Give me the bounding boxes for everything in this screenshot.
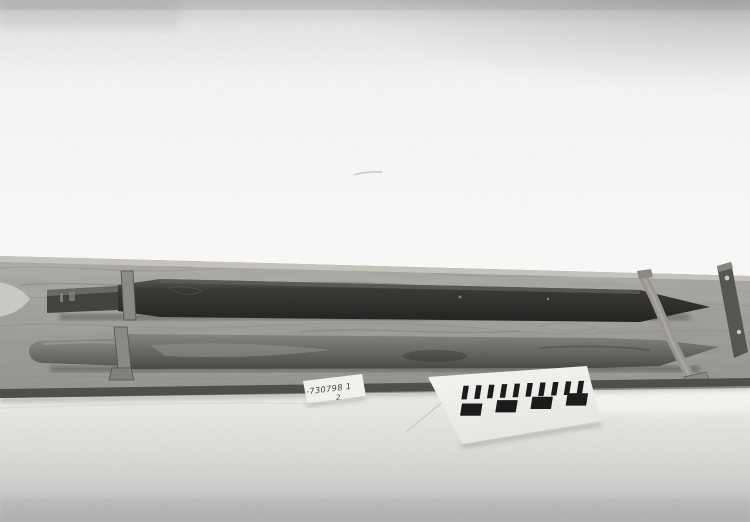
film-grain-overlay [0, 0, 750, 522]
artifact-photo: -730798 1 2 [0, 0, 750, 522]
top-edge-shade [0, 0, 750, 10]
photo-canvas: -730798 1 2 [0, 0, 750, 522]
